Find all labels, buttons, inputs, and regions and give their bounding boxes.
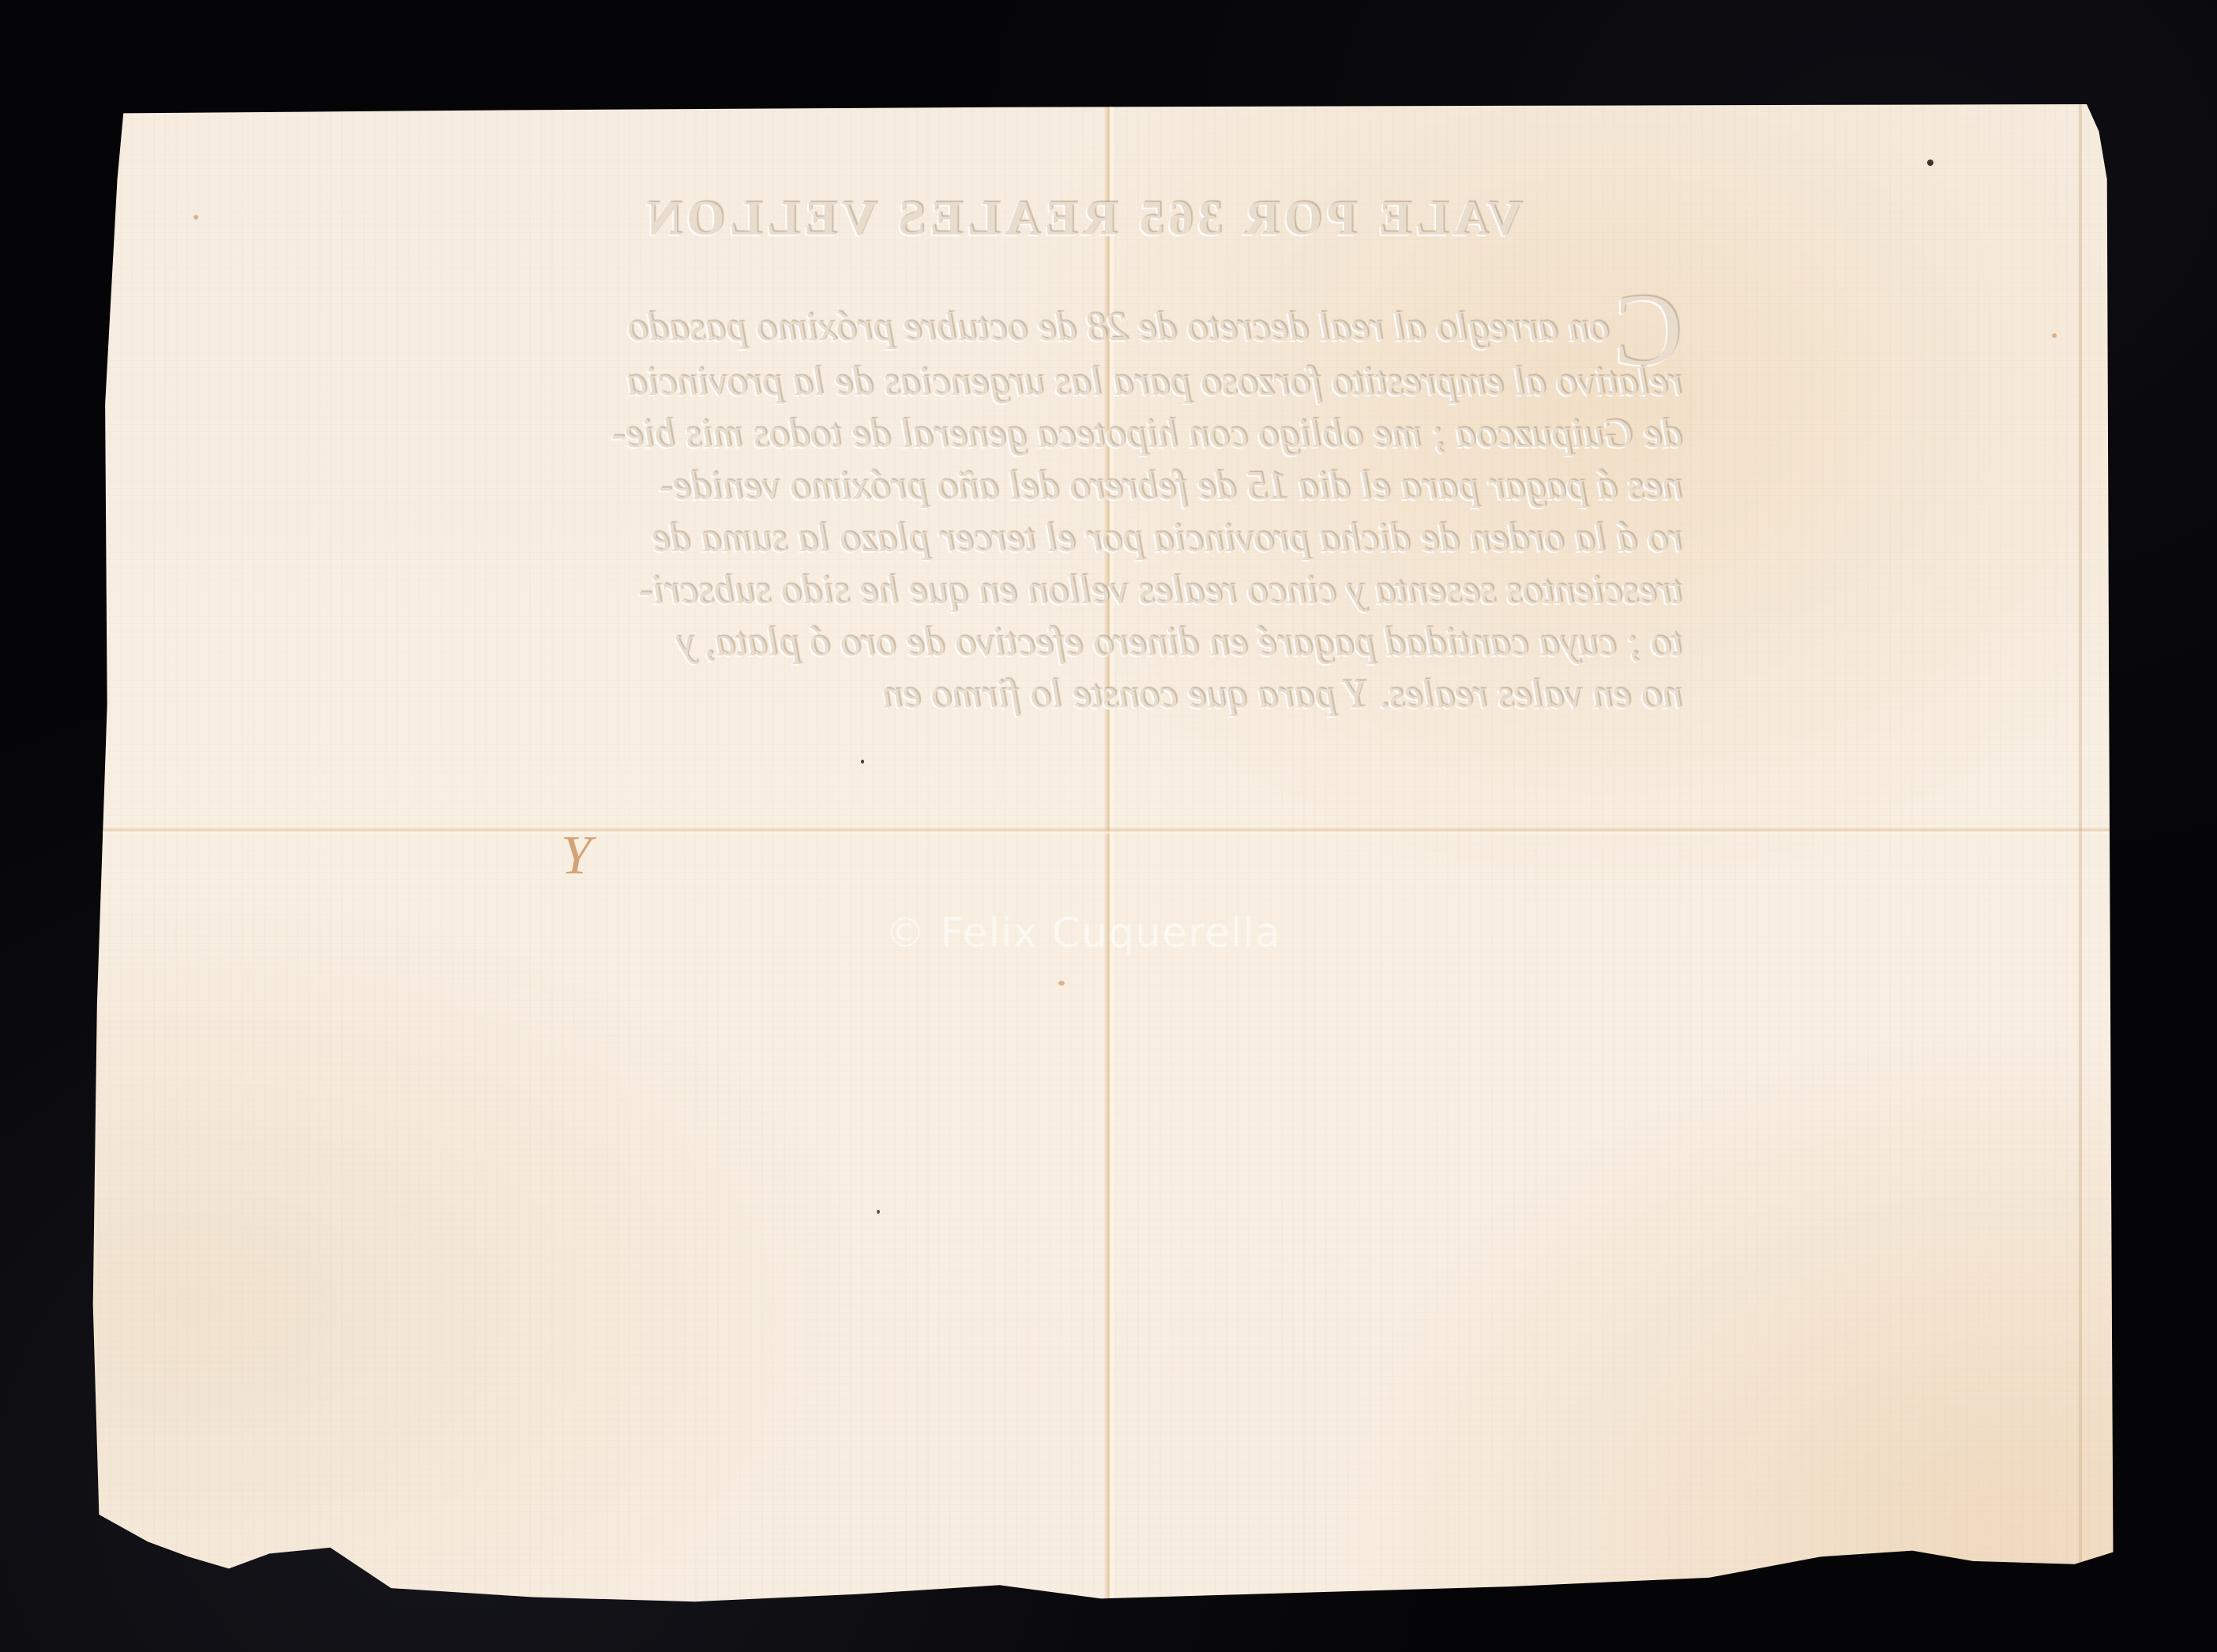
body-line-3: de Guipuzcoa ; me obligo con hipoteca ge… [340, 408, 1682, 460]
foxing-spot [877, 1210, 880, 1214]
horizontal-fold-crease [87, 827, 2115, 835]
body-line-6: trescientos sesenta y cinco reales vello… [340, 565, 1682, 617]
document-body: Con arreglo al real decreto de 28 de oct… [340, 302, 1682, 721]
photo-backdrop: VALE POR 365 REALES VELLON Con arreglo a… [0, 0, 2217, 1652]
body-line-4: nes á pagar para el dia 15 de febrero de… [340, 460, 1682, 512]
foxing-spot [861, 760, 864, 764]
document-paper: VALE POR 365 REALES VELLON Con arreglo a… [87, 104, 2115, 1605]
foxing-spot [2052, 333, 2057, 338]
foxing-spot [1927, 160, 1933, 166]
document-title: VALE POR 365 REALES VELLON [608, 191, 1556, 247]
foxing-spot [194, 215, 198, 220]
body-line-5: ro á la orden de dicha provincia por el … [340, 512, 1682, 565]
body-line-8: no en vales reales. Y para que conste lo… [340, 669, 1682, 721]
right-edge-crease [2079, 104, 2082, 1605]
body-text: on arreglo al real decreto de 28 de octu… [627, 305, 1609, 350]
handwritten-ink-mark: Y [561, 824, 592, 888]
body-line-1: Con arreglo al real decreto de 28 de oct… [340, 302, 1682, 356]
foxing-spot [1058, 981, 1065, 986]
body-line-2: relativo al emprestito forzoso para las … [340, 356, 1682, 408]
copyright-watermark: © Felix Cuquerella [885, 910, 1281, 957]
body-line-7: to ; cuya cantidad pagaré en dinero efec… [340, 617, 1682, 669]
